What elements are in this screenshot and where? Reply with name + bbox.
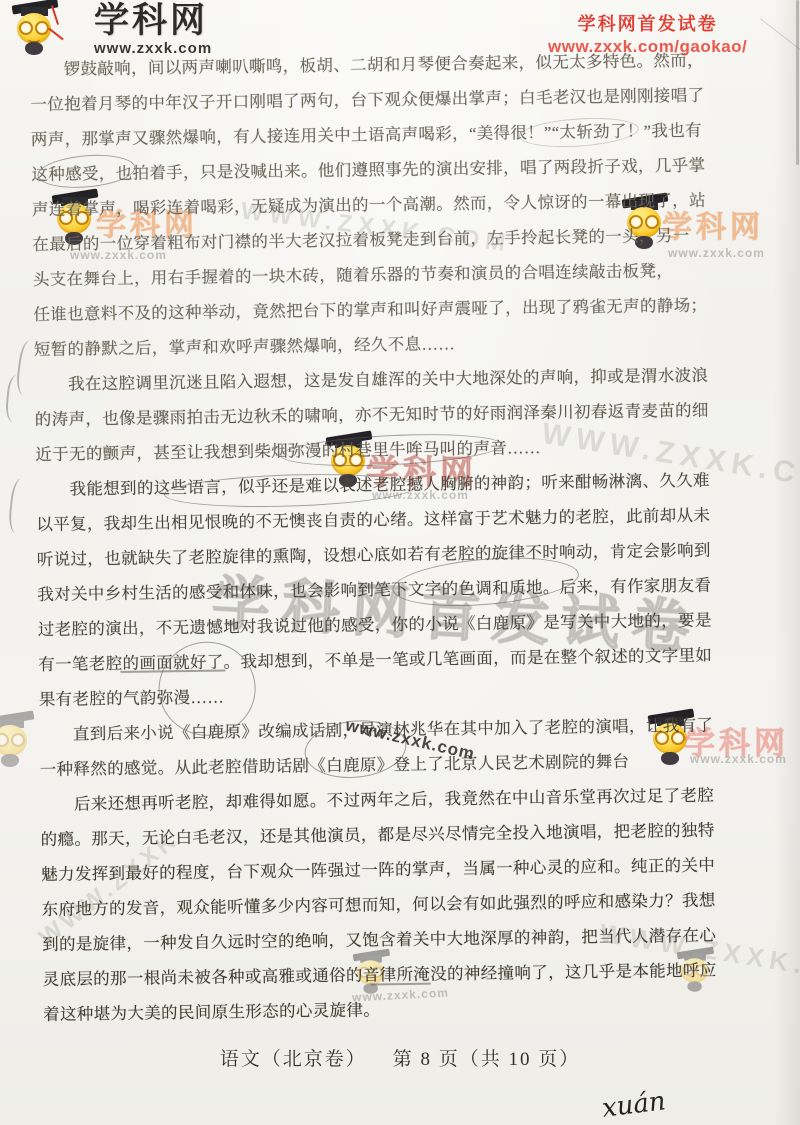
- site-name: 学科网: [94, 2, 212, 40]
- pencil-margin-mark: [4, 374, 25, 423]
- pencil-underline-annotation: [371, 965, 431, 986]
- scanned-exam-page: 学科网 www.zxxk.com 学科网首发试卷 www.zxxk.com/ga…: [0, 0, 800, 1125]
- pencil-margin-mark: [7, 478, 30, 535]
- zxxk-mascot-icon: [8, 0, 66, 58]
- essay-text-column: 锣鼓敲响，间以两声喇叭嘶鸣，板胡、二胡和月琴便合奏起来，似无太多特色。然而，一位…: [30, 42, 786, 1032]
- release-title: 学科网首发试卷: [548, 10, 747, 36]
- page-footer: 语文（北京卷）第 8 页（共 10 页）: [0, 1044, 800, 1071]
- handwritten-note: xuán: [600, 1086, 667, 1124]
- logo-text: 学科网 www.zxxk.com: [94, 2, 212, 57]
- footer-course: 语文（北京卷）: [220, 1044, 367, 1071]
- footer-page-number: 第 8 页（共 10 页）: [393, 1044, 581, 1071]
- essay-body: 锣鼓敲响，间以两声喇叭嘶鸣，板胡、二胡和月琴便合奏起来，似无太多特色。然而，一位…: [0, 41, 800, 1062]
